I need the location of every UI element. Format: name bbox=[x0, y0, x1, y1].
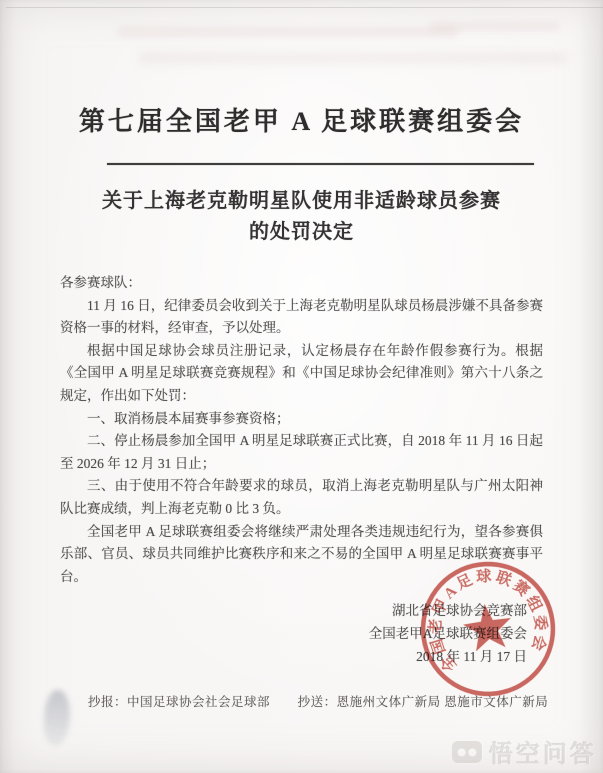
signature-block: 湖北省足球协会竞赛部 全国老甲A足球联赛组委会 2018 年 11 月 17 日 bbox=[369, 599, 527, 668]
wukong-logo-icon bbox=[452, 741, 482, 763]
signature-committee: 全国老甲A足球联赛组委会 bbox=[369, 622, 527, 645]
body-paragraph: 一、取消杨晨本届赛事参赛资格； bbox=[60, 408, 543, 431]
bleedthrough-artifact bbox=[118, 27, 458, 37]
body-paragraph: 11 月 16 日，纪律委员会收到关于上海老克勒明星队球员杨晨涉嫌不具备参赛资格… bbox=[60, 295, 543, 340]
watermark-text: 悟空问答 bbox=[489, 734, 597, 769]
cc-footer: 抄报：中国足球协会社会足球部 抄送：恩施州文体广新局 恩施市文体广新局 bbox=[88, 692, 548, 710]
cc-send: 抄送：恩施州文体广新局 恩施市文体广新局 bbox=[298, 695, 549, 709]
signature-dept: 湖北省足球协会竞赛部 bbox=[369, 599, 527, 622]
bleedthrough-artifact bbox=[138, 52, 568, 64]
page-smudge-artifact bbox=[42, 689, 73, 747]
bleedthrough-artifact bbox=[430, 22, 560, 31]
subtitle-line1: 关于上海老克勒明星队使用非适龄球员参赛 bbox=[0, 186, 603, 217]
body-paragraph: 全国老甲 A 足球联赛组委会将继续严肃处理各类违规违纪行为，望各参赛俱乐部、官员… bbox=[60, 521, 543, 589]
signature-date: 2018 年 11 月 17 日 bbox=[369, 645, 527, 668]
doc-body: 各参赛球队： 11 月 16 日，纪律委员会收到关于上海老克勒明星队球员杨晨涉嫌… bbox=[60, 272, 543, 588]
photo-edge-line bbox=[6, 7, 603, 8]
title-divider bbox=[107, 163, 534, 165]
body-paragraph: 根据中国足球协会球员注册记录，认定杨晨存在年龄作假参赛行为。根据《全国甲 A 明… bbox=[60, 340, 543, 408]
subtitle-line2: 的处罚决定 bbox=[0, 217, 603, 248]
body-paragraph: 三、由于使用不符合年龄要求的球员，取消上海老克勒明星队与广州太阳神队比赛成绩，判… bbox=[60, 475, 543, 520]
body-paragraph: 二、停止杨晨参加全国甲 A 明星足球联赛正式比赛，自 2018 年 11 月 1… bbox=[60, 430, 543, 475]
doc-subtitle: 关于上海老克勒明星队使用非适龄球员参赛 的处罚决定 bbox=[0, 186, 603, 248]
watermark: 悟空问答 bbox=[452, 734, 597, 769]
cc-report: 抄报：中国足球协会社会足球部 bbox=[88, 695, 270, 709]
org-title: 第七届全国老甲 A 足球联赛组委会 bbox=[0, 101, 603, 138]
document-photo: 第七届全国老甲 A 足球联赛组委会 关于上海老克勒明星队使用非适龄球员参赛 的处… bbox=[0, 0, 603, 773]
salutation: 各参赛球队： bbox=[60, 272, 543, 295]
